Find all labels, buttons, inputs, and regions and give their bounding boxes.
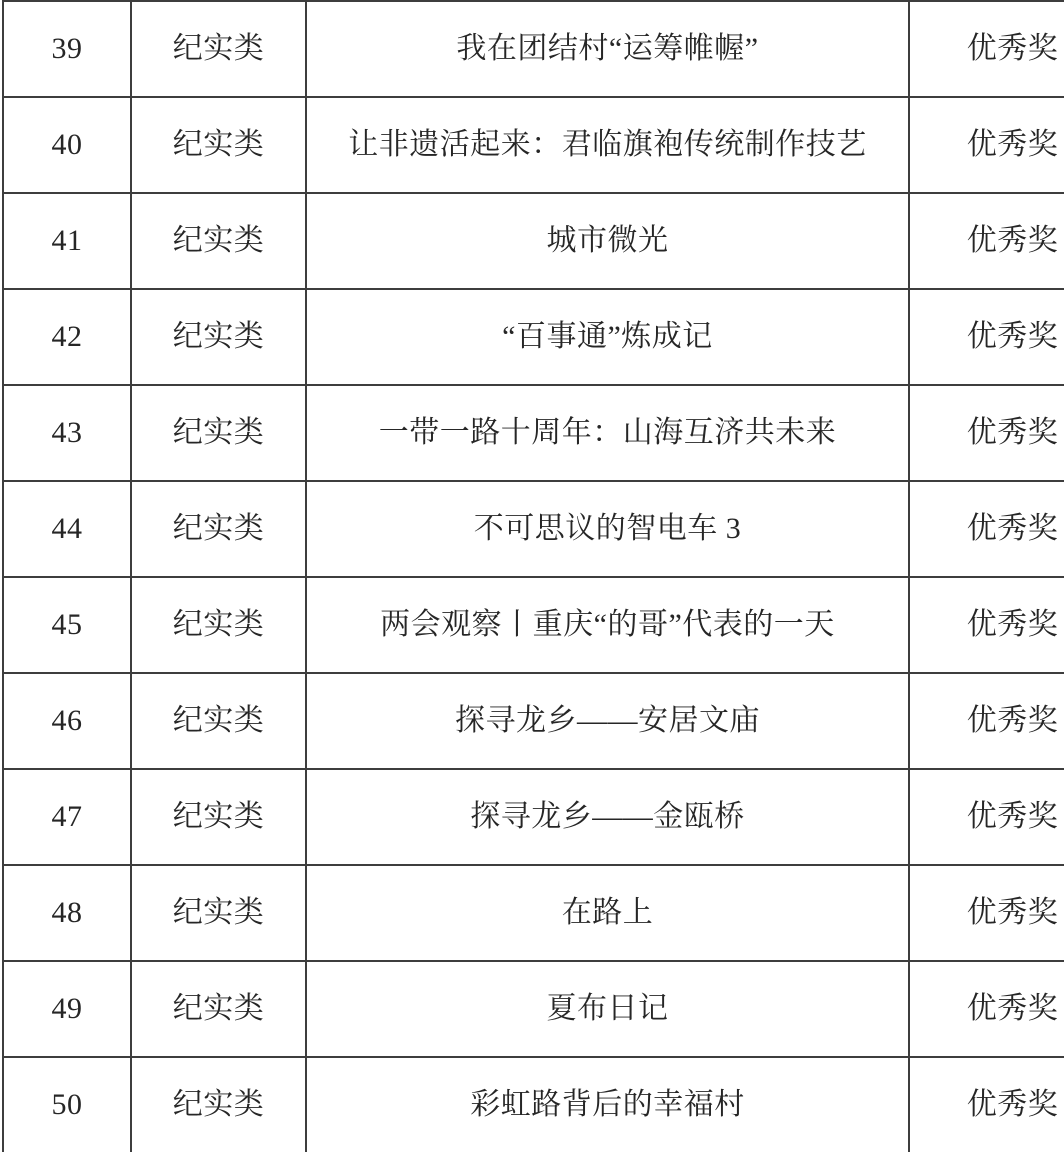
cell-category: 纪实类	[131, 1057, 306, 1152]
cell-entry-number: 40	[3, 97, 131, 193]
table-row: 47 纪实类 探寻龙乡——金瓯桥 优秀奖	[3, 769, 1064, 865]
cell-entry-number: 48	[3, 865, 131, 961]
cell-entry-number: 50	[3, 1057, 131, 1152]
cell-entry-number: 44	[3, 481, 131, 577]
cell-category: 纪实类	[131, 865, 306, 961]
cell-category: 纪实类	[131, 769, 306, 865]
cell-work-title: 彩虹路背后的幸福村	[306, 1057, 909, 1152]
cell-category: 纪实类	[131, 1, 306, 97]
cell-category: 纪实类	[131, 289, 306, 385]
table-row: 43 纪实类 一带一路十周年：山海互济共未来 优秀奖	[3, 385, 1064, 481]
cell-category: 纪实类	[131, 481, 306, 577]
table-row: 50 纪实类 彩虹路背后的幸福村 优秀奖	[3, 1057, 1064, 1152]
cell-work-title: 我在团结村“运筹帷幄”	[306, 1, 909, 97]
cell-work-title: 在路上	[306, 865, 909, 961]
cell-category: 纪实类	[131, 385, 306, 481]
cell-award: 优秀奖	[909, 193, 1064, 289]
table-row: 44 纪实类 不可思议的智电车 3 优秀奖	[3, 481, 1064, 577]
table-row: 40 纪实类 让非遗活起来：君临旗袍传统制作技艺 优秀奖	[3, 97, 1064, 193]
cell-category: 纪实类	[131, 673, 306, 769]
cell-entry-number: 49	[3, 961, 131, 1057]
cell-work-title: 两会观察丨重庆“的哥”代表的一天	[306, 577, 909, 673]
cell-award: 优秀奖	[909, 481, 1064, 577]
table-row: 39 纪实类 我在团结村“运筹帷幄” 优秀奖	[3, 1, 1064, 97]
table-row: 48 纪实类 在路上 优秀奖	[3, 865, 1064, 961]
cell-work-title: 夏布日记	[306, 961, 909, 1057]
cell-award: 优秀奖	[909, 1057, 1064, 1152]
cell-entry-number: 39	[3, 1, 131, 97]
cell-work-title: 探寻龙乡——安居文庙	[306, 673, 909, 769]
cell-award: 优秀奖	[909, 961, 1064, 1057]
awards-table-body: 39 纪实类 我在团结村“运筹帷幄” 优秀奖 40 纪实类 让非遗活起来：君临旗…	[3, 1, 1064, 1152]
cell-entry-number: 41	[3, 193, 131, 289]
cell-work-title: 不可思议的智电车 3	[306, 481, 909, 577]
table-row: 46 纪实类 探寻龙乡——安居文庙 优秀奖	[3, 673, 1064, 769]
cell-category: 纪实类	[131, 577, 306, 673]
cell-entry-number: 45	[3, 577, 131, 673]
awards-table: 39 纪实类 我在团结村“运筹帷幄” 优秀奖 40 纪实类 让非遗活起来：君临旗…	[2, 0, 1064, 1152]
table-row: 42 纪实类 “百事通”炼成记 优秀奖	[3, 289, 1064, 385]
cell-award: 优秀奖	[909, 1, 1064, 97]
table-row: 45 纪实类 两会观察丨重庆“的哥”代表的一天 优秀奖	[3, 577, 1064, 673]
cell-work-title: 让非遗活起来：君临旗袍传统制作技艺	[306, 97, 909, 193]
cell-award: 优秀奖	[909, 289, 1064, 385]
cell-award: 优秀奖	[909, 385, 1064, 481]
cell-award: 优秀奖	[909, 97, 1064, 193]
cell-award: 优秀奖	[909, 673, 1064, 769]
cell-award: 优秀奖	[909, 577, 1064, 673]
cell-entry-number: 47	[3, 769, 131, 865]
cell-work-title: “百事通”炼成记	[306, 289, 909, 385]
cell-entry-number: 46	[3, 673, 131, 769]
cell-award: 优秀奖	[909, 865, 1064, 961]
cell-category: 纪实类	[131, 97, 306, 193]
cell-work-title: 探寻龙乡——金瓯桥	[306, 769, 909, 865]
cell-award: 优秀奖	[909, 769, 1064, 865]
cell-work-title: 一带一路十周年：山海互济共未来	[306, 385, 909, 481]
cell-entry-number: 43	[3, 385, 131, 481]
table-row: 41 纪实类 城市微光 优秀奖	[3, 193, 1064, 289]
cell-work-title: 城市微光	[306, 193, 909, 289]
cell-category: 纪实类	[131, 961, 306, 1057]
cell-category: 纪实类	[131, 193, 306, 289]
cell-entry-number: 42	[3, 289, 131, 385]
table-row: 49 纪实类 夏布日记 优秀奖	[3, 961, 1064, 1057]
